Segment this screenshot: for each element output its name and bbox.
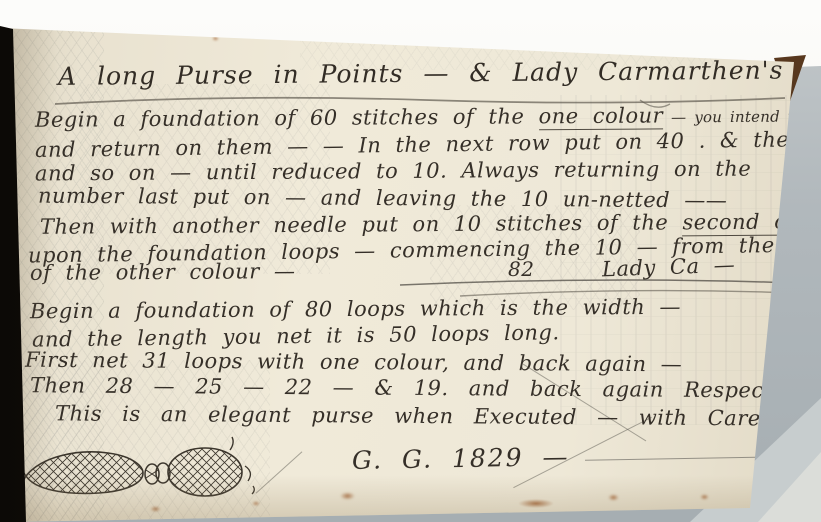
foxing-spot bbox=[518, 499, 554, 508]
netted-purse-sketch bbox=[22, 440, 262, 510]
foxing-spot bbox=[700, 494, 709, 500]
foxing-spot bbox=[252, 501, 260, 506]
manuscript-line: Then 28 — 25 — 22 — & 19. and back again… bbox=[30, 375, 821, 402]
foxing-spot bbox=[340, 492, 355, 500]
manuscript-line: Begin a foundation of 80 loops which is … bbox=[30, 297, 681, 323]
page-title: A long Purse in Points — & Lady Carmarth… bbox=[58, 56, 821, 89]
line-text: Then with another needle put on 10 stitc… bbox=[40, 210, 683, 238]
signature-flourish-line bbox=[585, 456, 785, 460]
manuscript-line: of the other colour — bbox=[30, 261, 296, 284]
underlined-phrase: second colour bbox=[682, 209, 821, 236]
manuscript-line: and so on — until reduced to 10. Always … bbox=[35, 159, 751, 185]
manuscript-page: A long Purse in Points — & Lady Carmarth… bbox=[0, 0, 821, 522]
foxing-spot bbox=[608, 494, 619, 501]
manuscript-line: and the length you net it is 50 loops lo… bbox=[32, 322, 560, 350]
manuscript-line: First net 31 loops with one colour, and … bbox=[25, 350, 682, 376]
manuscript-line: Begin a foundation of 60 stitches of the… bbox=[35, 104, 821, 131]
underlined-phrase: one colour bbox=[538, 103, 663, 130]
pencil-stroke bbox=[256, 451, 303, 493]
foxing-spot bbox=[150, 506, 161, 512]
line-text: Begin a foundation of 60 stitches of the bbox=[35, 104, 539, 132]
signature-date: G. G. 1829 — bbox=[352, 444, 570, 473]
manuscript-line: This is an elegant purse when Executed —… bbox=[55, 403, 803, 429]
line-text: — you intend to use bbox=[663, 107, 821, 126]
manuscript-line: number last put on — and leaving the 10 … bbox=[38, 186, 727, 212]
manuscript-photo: A long Purse in Points — & Lady Carmarth… bbox=[0, 0, 821, 522]
